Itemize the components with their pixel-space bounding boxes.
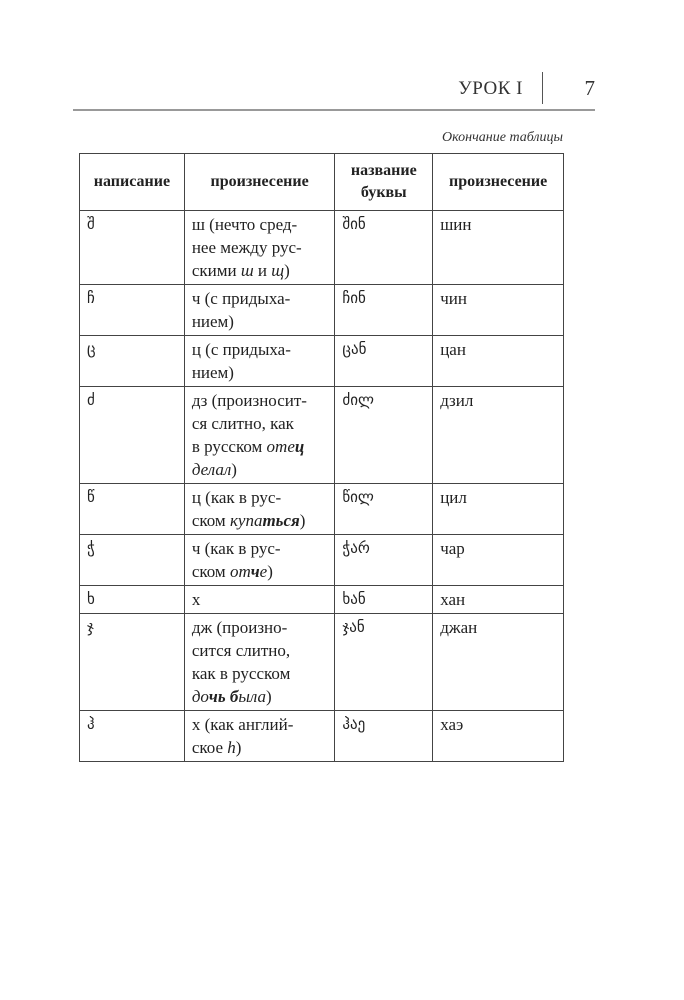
- pronunciation-cell: дз (произносит-ся слитно, какв русском о…: [184, 387, 335, 484]
- letter-cell: ჩ: [80, 285, 185, 336]
- pronunciation-cell: х: [184, 586, 335, 614]
- table-row: ჩч (с придыха-нием)ჩინчин: [80, 285, 564, 336]
- name-pronunciation-cell: хан: [433, 586, 564, 614]
- letter-name-cell: ჰაე: [335, 711, 433, 762]
- letter-cell: ჰ: [80, 711, 185, 762]
- name-pronunciation-cell: шин: [433, 211, 564, 285]
- page-number: 7: [585, 76, 596, 101]
- table-row: ჯдж (произно-сится слитно,как в русскомд…: [80, 614, 564, 711]
- letter-name-cell: წილ: [335, 484, 433, 535]
- letter-cell: ძ: [80, 387, 185, 484]
- letter-cell: წ: [80, 484, 185, 535]
- pronunciation-cell: ч (как в рус-ском отче): [184, 535, 335, 586]
- table-row: ხхხანхан: [80, 586, 564, 614]
- alphabet-table: написание произнесение названиебуквы про…: [79, 153, 564, 762]
- letter-cell: ჯ: [80, 614, 185, 711]
- letter-cell: ც: [80, 336, 185, 387]
- letter-cell: შ: [80, 211, 185, 285]
- letter-cell: ხ: [80, 586, 185, 614]
- table-row: ცц (с придыха-нием)ცანцан: [80, 336, 564, 387]
- letter-name-cell: ჭარ: [335, 535, 433, 586]
- header-letter-name: названиебуквы: [335, 154, 433, 211]
- pronunciation-cell: дж (произно-сится слитно,как в русскомдо…: [184, 614, 335, 711]
- chapter-title: УРОК I: [458, 78, 523, 100]
- table-row: წц (как в рус-ском купаться)წილцил: [80, 484, 564, 535]
- letter-name-cell: ძილ: [335, 387, 433, 484]
- table-row: ჭч (как в рус-ском отче)ჭარчар: [80, 535, 564, 586]
- pronunciation-cell: ц (с придыха-нием): [184, 336, 335, 387]
- table-row: ჰх (как англий-ское h)ჰაეхаэ: [80, 711, 564, 762]
- table-row: შш (нечто сред-нее между рус-скими ш и щ…: [80, 211, 564, 285]
- letter-name-cell: ჯან: [335, 614, 433, 711]
- pronunciation-cell: ш (нечто сред-нее между рус-скими ш и щ): [184, 211, 335, 285]
- name-pronunciation-cell: джан: [433, 614, 564, 711]
- header-rule: [73, 109, 595, 111]
- header-name-pronunciation: произнесение: [433, 154, 564, 211]
- pronunciation-cell: х (как англий-ское h): [184, 711, 335, 762]
- letter-name-cell: ცან: [335, 336, 433, 387]
- letter-name-cell: ხან: [335, 586, 433, 614]
- table-header-row: написание произнесение названиебуквы про…: [80, 154, 564, 211]
- header-separator: [542, 72, 543, 104]
- name-pronunciation-cell: чар: [433, 535, 564, 586]
- letter-name-cell: შინ: [335, 211, 433, 285]
- letter-name-cell: ჩინ: [335, 285, 433, 336]
- running-head: УРОК I 7: [73, 70, 595, 110]
- pronunciation-cell: ч (с придыха-нием): [184, 285, 335, 336]
- name-pronunciation-cell: цан: [433, 336, 564, 387]
- name-pronunciation-cell: цил: [433, 484, 564, 535]
- name-pronunciation-cell: хаэ: [433, 711, 564, 762]
- header-pronunciation: произнесение: [184, 154, 335, 211]
- pronunciation-cell: ц (как в рус-ском купаться): [184, 484, 335, 535]
- name-pronunciation-cell: дзил: [433, 387, 564, 484]
- name-pronunciation-cell: чин: [433, 285, 564, 336]
- header-spelling: написание: [80, 154, 185, 211]
- table-body: შш (нечто сред-нее между рус-скими ш и щ…: [80, 211, 564, 762]
- table-caption: Окончание таблицы: [442, 130, 563, 146]
- table-row: ძдз (произносит-ся слитно, какв русском …: [80, 387, 564, 484]
- letter-cell: ჭ: [80, 535, 185, 586]
